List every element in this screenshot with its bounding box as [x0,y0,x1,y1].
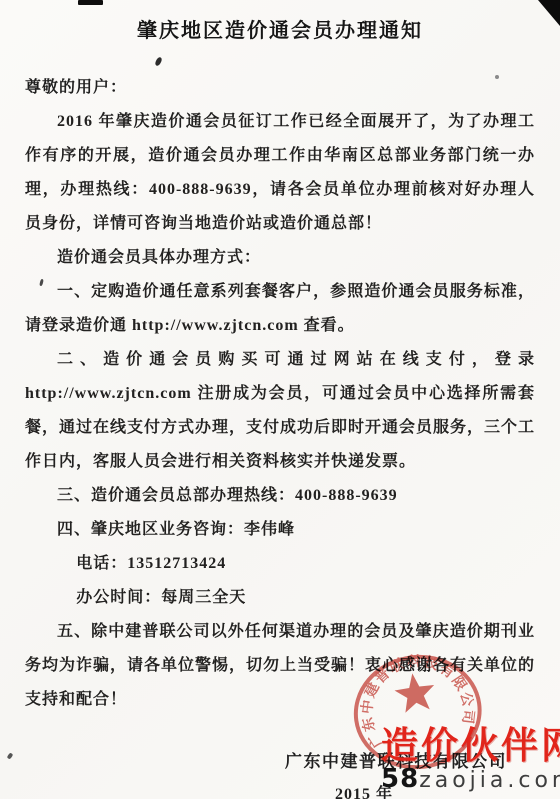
document-body: 尊敬的用户： 2016 年肇庆造价通会员征订工作已经全面展开了，为了办理工作有序… [0,71,560,799]
salutation: 尊敬的用户： [25,71,535,105]
scan-artifact-top-bar [78,0,103,5]
paragraph-methods-heading: 造价通会员具体办理方式： [25,241,535,275]
watermark-site-name: 造价伙伴网 [381,727,560,764]
paragraph-item-3-hotline: 三、造价通会员总部办理热线：400-888-9639 [25,479,535,513]
watermark: 造价伙伴网 58zaojia.com [381,727,560,792]
document-title: 肇庆地区造价通会员办理通知 [0,14,560,43]
paragraph-item-5-warning: 五、除中建普联公司以外任何渠道办理的会员及肇庆造价期刊业务均为诈骗，请各单位警惕… [25,615,535,717]
contact-phone-line: 电话：13512713424 [25,547,535,581]
paragraph-item-4-contact: 四、肇庆地区业务咨询：李伟峰 [25,513,535,547]
paragraph-item-1: 一、定购造价通任意系列套餐客户，参照造价通会员服务标准，请登录造价通 http:… [25,275,535,343]
scanned-notice-page: 肇庆地区造价通会员办理通知 尊敬的用户： 2016 年肇庆造价通会员征订工作已经… [0,0,560,799]
office-hours-line: 办公时间：每周三全天 [25,581,535,615]
paragraph-item-2: 二、造价通会员购买可通过网站在线支付，登录 http://www.zjtcn.c… [25,343,535,479]
paragraph-intro: 2016 年肇庆造价通会员征订工作已经全面展开了，为了办理工作有序的开展，造价通… [25,105,535,241]
watermark-domain-rest: zaojia.com [419,768,560,793]
watermark-domain: 58zaojia.com [381,766,560,792]
scan-artifact-speck [154,56,163,66]
watermark-domain-58: 58 [381,764,419,794]
